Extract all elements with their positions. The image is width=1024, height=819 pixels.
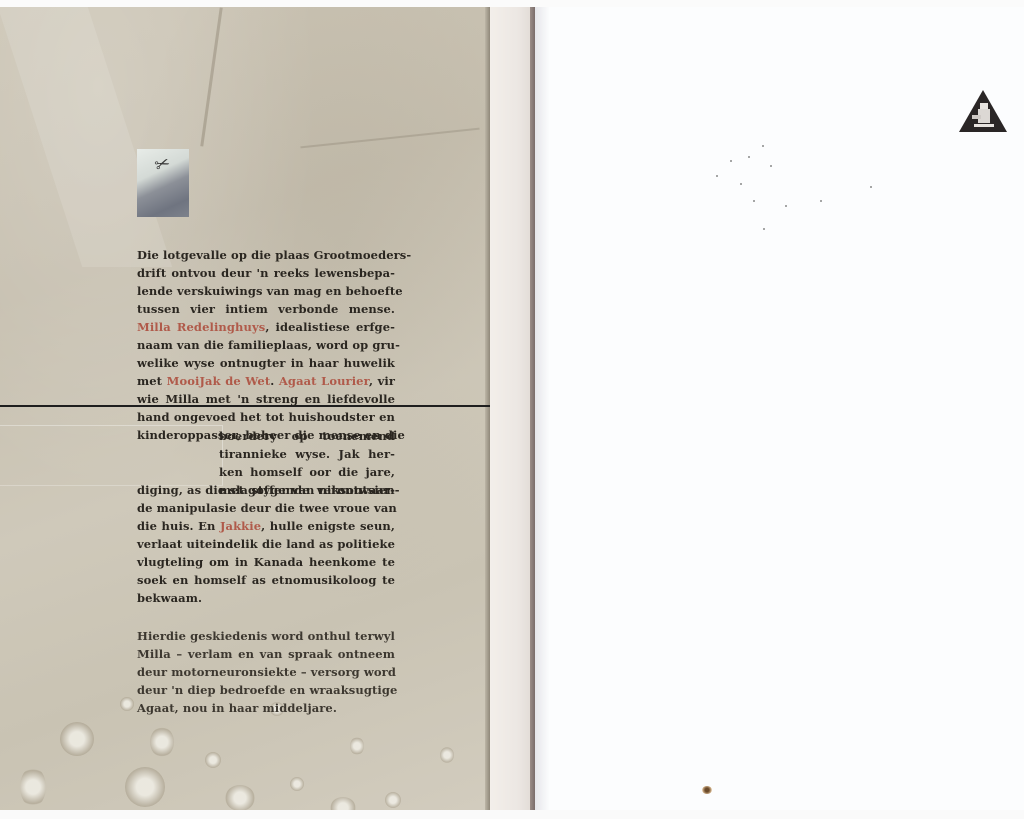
text-line: Hierdie geskiedenis word onthul terwyl xyxy=(137,627,395,645)
spine-shadow xyxy=(535,7,549,810)
text-line: diging, as die slagoffer van niksontsien… xyxy=(137,481,395,499)
character-name-milla: Milla Redelinghuys xyxy=(137,320,265,334)
embroidery-flower xyxy=(125,767,165,807)
scan-speck xyxy=(820,200,822,202)
book-spine xyxy=(490,7,530,810)
embroidery-flower xyxy=(20,767,46,807)
embroidery-dot xyxy=(385,792,401,808)
text-line: die huis. En Jakkie, hulle enigste seun, xyxy=(137,517,395,535)
scanned-page: ✂ Die lotgevalle op die plaas Grootmoede… xyxy=(0,0,1024,819)
scissors-icon: ✂ xyxy=(152,152,173,177)
text-line: lende verskuiwings van mag en behoefte xyxy=(137,282,395,300)
embroidery-dot xyxy=(205,752,221,768)
blurb-paragraph-1: Die lotgevalle op die plaas Grootmoeders… xyxy=(137,246,395,444)
text-line: naam van die familieplaas, word op gru- xyxy=(137,336,395,354)
scan-speck xyxy=(730,160,732,162)
character-name-mooijak: MooiJak de Wet xyxy=(167,374,271,388)
text-line: Agaat, nou in haar middeljare. xyxy=(137,699,395,717)
text-line: tirannieke wyse. Jak her- xyxy=(219,445,395,463)
scan-speck xyxy=(753,200,755,202)
text-line: hand ongevoed het tot huishoudster en xyxy=(137,408,395,426)
fabric-crease xyxy=(200,7,222,146)
text-line: boerdery op toenemend xyxy=(219,427,395,445)
embroidery-dot xyxy=(350,737,364,755)
embroidery-dot xyxy=(120,697,134,711)
character-name-jakkie: Jakkie xyxy=(220,519,261,533)
blurb-paragraph-2: Hierdie geskiedenis word onthul terwyl M… xyxy=(137,627,395,717)
text-line: tussen vier intiem verbonde mense. xyxy=(137,300,395,318)
scan-stain xyxy=(702,786,712,794)
text-line: deur motorneuronsiekte – versorg word xyxy=(137,663,395,681)
fabric-fold xyxy=(0,7,172,267)
embroidery-leaf xyxy=(330,797,356,810)
scan-bottom-margin xyxy=(0,810,1024,819)
embroidery-dot xyxy=(440,747,454,763)
fabric-crease xyxy=(300,128,479,149)
scan-speck xyxy=(716,175,718,177)
blurb-paragraph-1-continued: diging, as die slagoffer van niksontsien… xyxy=(137,481,395,607)
embroidery-flower xyxy=(60,722,94,756)
scan-speck xyxy=(870,186,872,188)
text-line: vlugteling om in Kanada heenkome te xyxy=(137,553,395,571)
scan-speck xyxy=(762,145,764,147)
embroidery-dot xyxy=(290,777,304,791)
text-line: Milla Redelinghuys, idealistiese erfge- xyxy=(137,318,395,336)
text-line: verlaat uiteindelik die land as politiek… xyxy=(137,535,395,553)
text-line: bekwaam. xyxy=(137,589,395,607)
scissors-photo-thumbnail: ✂ xyxy=(137,149,189,217)
text-line: drift ontvou deur 'n reeks lewensbepa- xyxy=(137,264,395,282)
scan-speck xyxy=(770,165,772,167)
text-line: soek en homself as etnomusikoloog te xyxy=(137,571,395,589)
embroidery-leaf xyxy=(150,727,174,757)
text-line: welike wyse ontnugter in haar huwelik xyxy=(137,354,395,372)
scan-speck xyxy=(785,205,787,207)
publisher-triangle-logo-icon xyxy=(958,89,1008,133)
text-line: wie Milla met 'n streng en liefdevolle xyxy=(137,390,395,408)
text-line: met MooiJak de Wet. Agaat Lourier, vir xyxy=(137,372,395,390)
text-line: Die lotgevalle op die plaas Grootmoeders… xyxy=(137,246,395,264)
text-line: ken homself oor die jare, xyxy=(219,463,395,481)
scan-speck xyxy=(763,228,765,230)
embroidery-flower xyxy=(225,785,255,810)
character-name-agaat: Agaat Lourier xyxy=(279,374,369,388)
text-line: de manipulasie deur die twee vroue van xyxy=(137,499,395,517)
text-line: deur 'n diep bedroefde en wraaksugtige xyxy=(137,681,395,699)
text-line: Milla – verlam en van spraak ontneem xyxy=(137,645,395,663)
scan-top-margin xyxy=(0,0,1024,7)
scan-speck xyxy=(740,183,742,185)
scan-speck xyxy=(748,156,750,158)
